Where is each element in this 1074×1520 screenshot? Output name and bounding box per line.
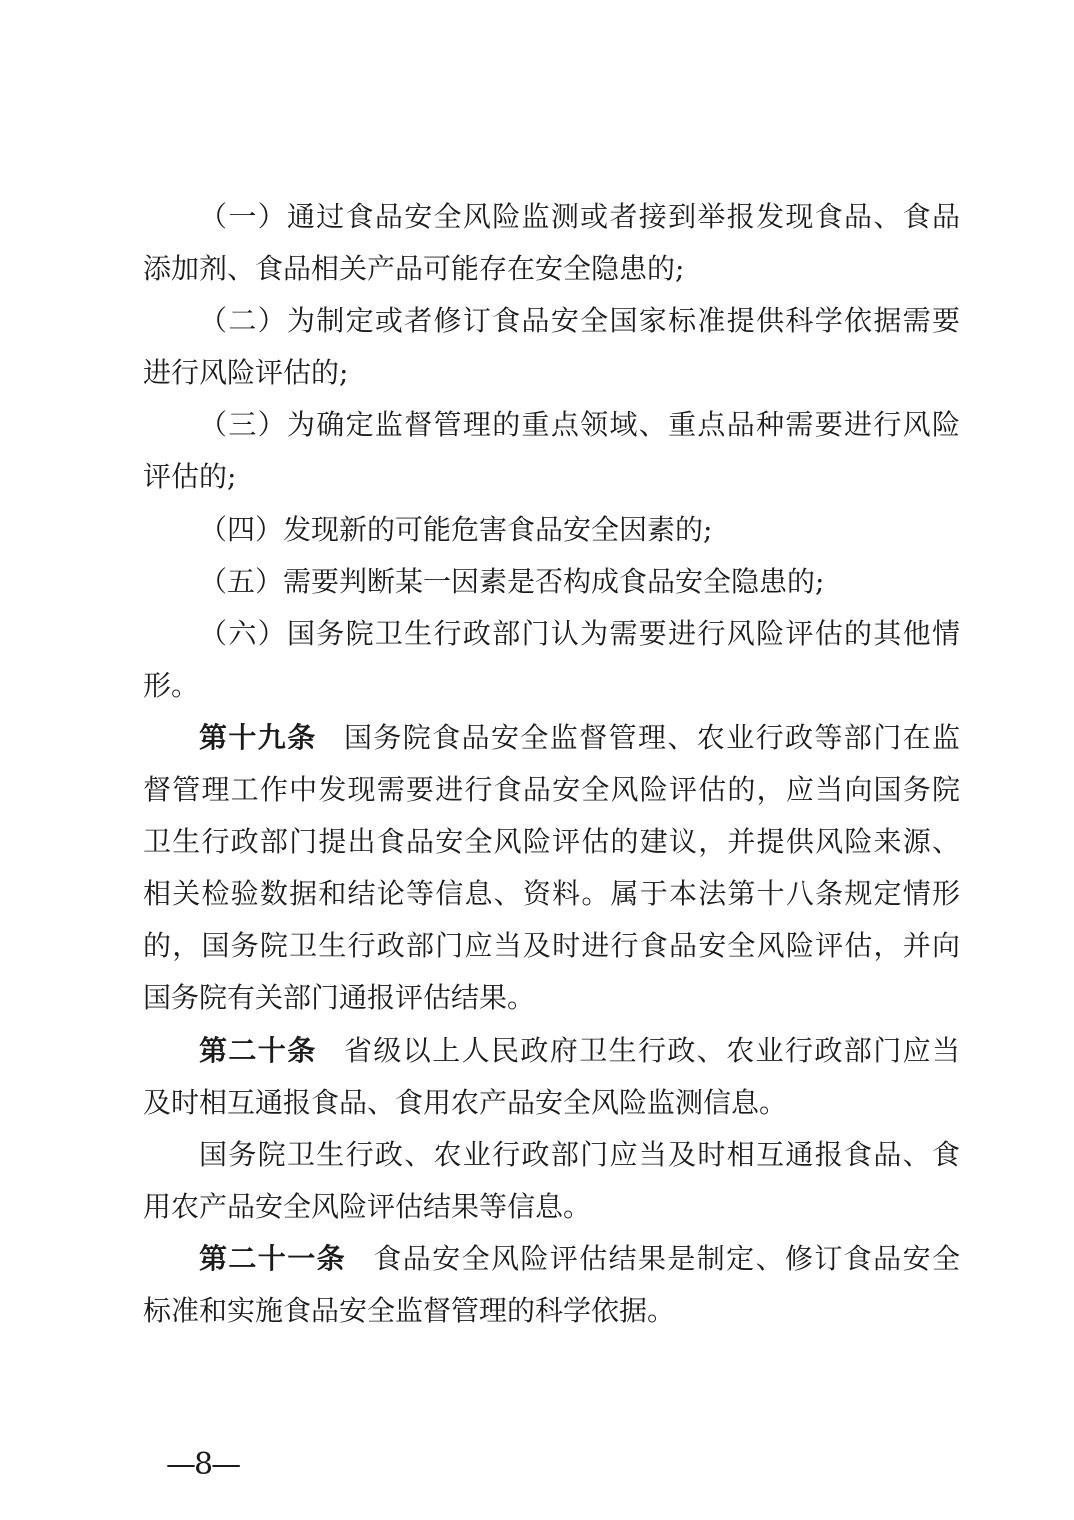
line-text: 的，国务院卫生行政部门应当及时进行食品安全风险评估，并向 (143, 929, 960, 962)
line-text: 国务院食品安全监督管理、农业行政等部门在监 (343, 721, 960, 754)
text-line: （五）需要判断某一因素是否构成食品安全隐患的; (143, 556, 960, 608)
article-gap (317, 1059, 343, 1060)
line-text: （三）为确定监督管理的重点领域、重点品种需要进行风险 (199, 408, 960, 441)
line-text: 卫生行政部门提出食品安全风险评估的建议，并提供风险来源、 (143, 825, 960, 858)
line-text: 评估的; (143, 460, 236, 493)
text-line: 第二十一条食品安全风险评估结果是制定、修订食品安全 (143, 1233, 960, 1285)
line-text: （五）需要判断某一因素是否构成食品安全隐患的; (199, 565, 824, 598)
text-line: 卫生行政部门提出食品安全风险评估的建议，并提供风险来源、 (143, 816, 960, 868)
text-line: 第二十条省级以上人民政府卫生行政、农业行政部门应当 (143, 1025, 960, 1077)
line-text: 添加剂、食品相关产品可能存在安全隐患的; (143, 252, 684, 285)
line-text: 督管理工作中发现需要进行食品安全风险评估的，应当向国务院 (143, 773, 960, 806)
text-line: 相关检验数据和结论等信息、资料。属于本法第十八条规定情形 (143, 868, 960, 920)
line-text: 相关检验数据和结论等信息、资料。属于本法第十八条规定情形 (143, 877, 960, 910)
line-text: （六）国务院卫生行政部门认为需要进行风险评估的其他情 (199, 617, 960, 650)
line-text: 标准和实施食品安全监督管理的科学依据。 (143, 1294, 675, 1327)
text-line: 国务院有关部门通报评估结果。 (143, 972, 960, 1024)
line-text: （二）为制定或者修订食品安全国家标准提供科学依据需要 (199, 304, 960, 337)
text-line: 国务院卫生行政、农业行政部门应当及时相互通报食品、食 (143, 1129, 960, 1181)
line-text: 省级以上人民政府卫生行政、农业行政部门应当 (343, 1034, 960, 1067)
line-text: 国务院有关部门通报评估结果。 (143, 981, 535, 1014)
text-line: 第十九条国务院食品安全监督管理、农业行政等部门在监 (143, 712, 960, 764)
text-line: 用农产品安全风险评估结果等信息。 (143, 1181, 960, 1233)
line-text: 国务院卫生行政、农业行政部门应当及时相互通报食品、食 (199, 1138, 960, 1171)
line-text: 用农产品安全风险评估结果等信息。 (143, 1190, 591, 1223)
text-line: 的，国务院卫生行政部门应当及时进行食品安全风险评估，并向 (143, 920, 960, 972)
text-line: 添加剂、食品相关产品可能存在安全隐患的; (143, 243, 960, 295)
article-gap (317, 746, 343, 747)
text-line: （二）为制定或者修订食品安全国家标准提供科学依据需要 (143, 295, 960, 347)
text-line: 标准和实施食品安全监督管理的科学依据。 (143, 1285, 960, 1337)
line-text: （一）通过食品安全风险监测或者接到举报发现食品、食品 (199, 200, 960, 233)
article-number: 第二十一条 (199, 1242, 346, 1275)
line-text: 进行风险评估的; (143, 356, 348, 389)
text-line: （六）国务院卫生行政部门认为需要进行风险评估的其他情 (143, 608, 960, 660)
article-number: 第十九条 (199, 721, 317, 754)
text-line: （一）通过食品安全风险监测或者接到举报发现食品、食品 (143, 191, 960, 243)
page-number: —8— (166, 1450, 239, 1480)
document-body: （一）通过食品安全风险监测或者接到举报发现食品、食品添加剂、食品相关产品可能存在… (143, 191, 960, 1337)
text-line: 督管理工作中发现需要进行食品安全风险评估的，应当向国务院 (143, 764, 960, 816)
document-page: （一）通过食品安全风险监测或者接到举报发现食品、食品添加剂、食品相关产品可能存在… (0, 0, 1074, 1520)
article-number: 第二十条 (199, 1034, 317, 1067)
text-line: （三）为确定监督管理的重点领域、重点品种需要进行风险 (143, 399, 960, 451)
article-gap (346, 1267, 372, 1268)
text-line: 评估的; (143, 451, 960, 503)
line-text: 及时相互通报食品、食用农产品安全风险监测信息。 (143, 1086, 787, 1119)
text-line: （四）发现新的可能危害食品安全因素的; (143, 504, 960, 556)
line-text: 食品安全风险评估结果是制定、修订食品安全 (372, 1242, 960, 1275)
text-line: 及时相互通报食品、食用农产品安全风险监测信息。 (143, 1077, 960, 1129)
line-text: 形。 (143, 669, 199, 702)
line-text: （四）发现新的可能危害食品安全因素的; (199, 513, 712, 546)
text-line: 进行风险评估的; (143, 347, 960, 399)
text-line: 形。 (143, 660, 960, 712)
